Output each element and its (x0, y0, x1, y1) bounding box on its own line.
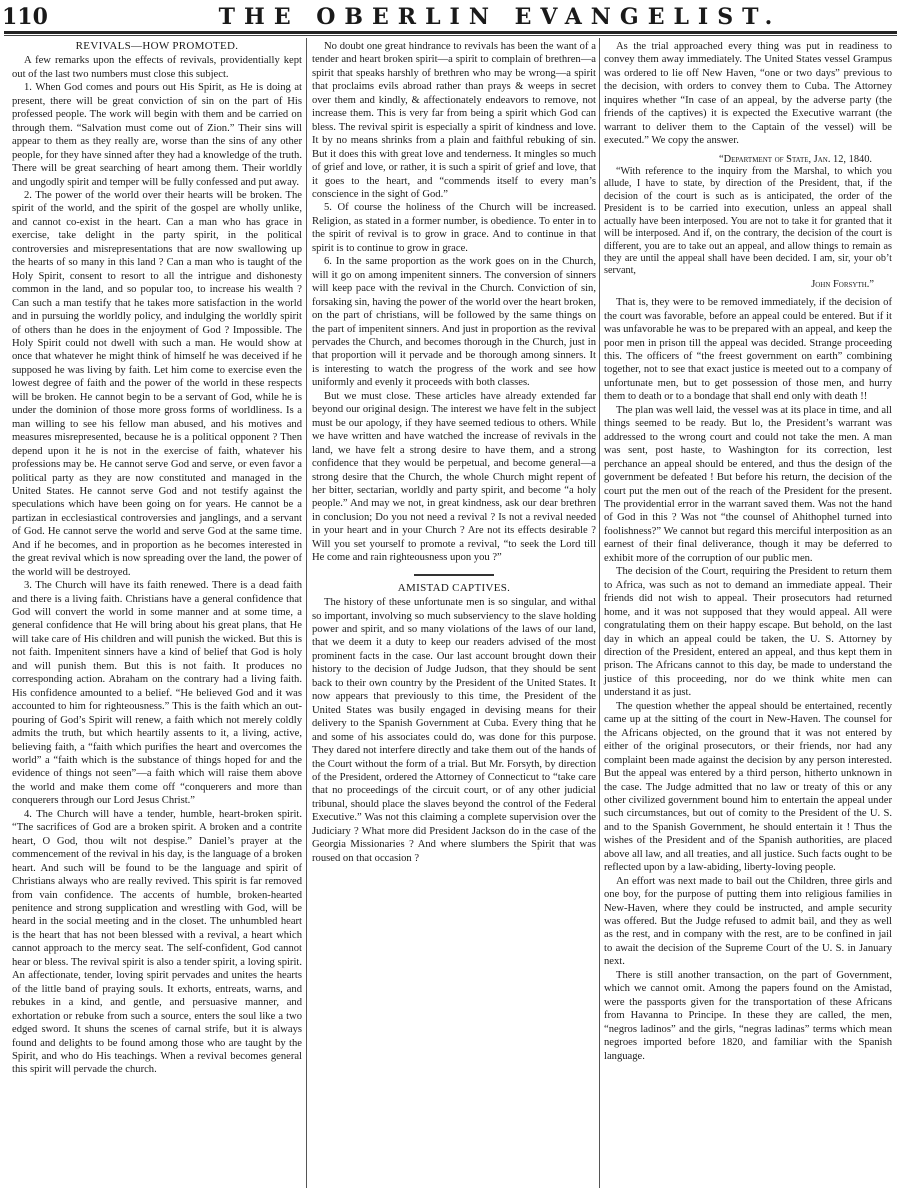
article-paragraph: There is still another transaction, on t… (604, 969, 892, 1063)
article-paragraph: The question whether the appeal should b… (604, 700, 892, 875)
letter-signature: John Forsyth.” (604, 278, 892, 291)
page-number: 110 (2, 4, 48, 30)
article-paragraph: The history of these unfortunate men is … (312, 596, 596, 865)
article-paragraph: 5. Of course the holiness of the Church … (312, 201, 596, 255)
column-1: REVIVALS—HOW PROMOTED. A few remarks upo… (12, 40, 302, 1077)
article-paragraph: 6. In the same proportion as the work go… (312, 255, 596, 390)
column-divider (306, 38, 307, 1188)
article-headline-amistad: AMISTAD CAPTIVES. (312, 582, 596, 595)
letter-body: “With reference to the inquiry from the … (604, 166, 892, 278)
article-paragraph: But we must close. These articles have a… (312, 390, 596, 565)
masthead: 110 THE OBERLIN EVANGELIST. (0, 0, 900, 30)
article-paragraph: 4. The Church will have a tender, humble… (12, 808, 302, 1077)
letter-dateline: “Department of State, Jan. 12, 1840. (604, 153, 892, 166)
article-headline-revivals: REVIVALS—HOW PROMOTED. (12, 40, 302, 53)
newspaper-title: THE OBERLIN EVANGELIST. (150, 4, 850, 30)
article-paragraph: As the trial approached every thing was … (604, 40, 892, 148)
masthead-rule (4, 31, 897, 34)
masthead-rule-thin (4, 35, 897, 36)
article-paragraph: The plan was well laid, the vessel was a… (604, 404, 892, 565)
column-2: No doubt one great hindrance to revivals… (312, 40, 596, 865)
article-paragraph: 3. The Church will have its faith renewe… (12, 579, 302, 808)
column-3: As the trial approached every thing was … (604, 40, 892, 1063)
article-paragraph: That is, they were to be removed immedia… (604, 296, 892, 404)
article-paragraph: A few remarks upon the effects of reviva… (12, 54, 302, 81)
article-paragraph: 1. When God comes and pours out His Spir… (12, 81, 302, 189)
article-paragraph: 2. The power of the world over their hea… (12, 189, 302, 579)
article-paragraph: The decision of the Court, requiring the… (604, 565, 892, 700)
article-paragraph: An effort was next made to bail out the … (604, 875, 892, 969)
article-paragraph: No doubt one great hindrance to revivals… (312, 40, 596, 201)
column-divider (599, 38, 600, 1188)
article-separator (414, 574, 494, 576)
